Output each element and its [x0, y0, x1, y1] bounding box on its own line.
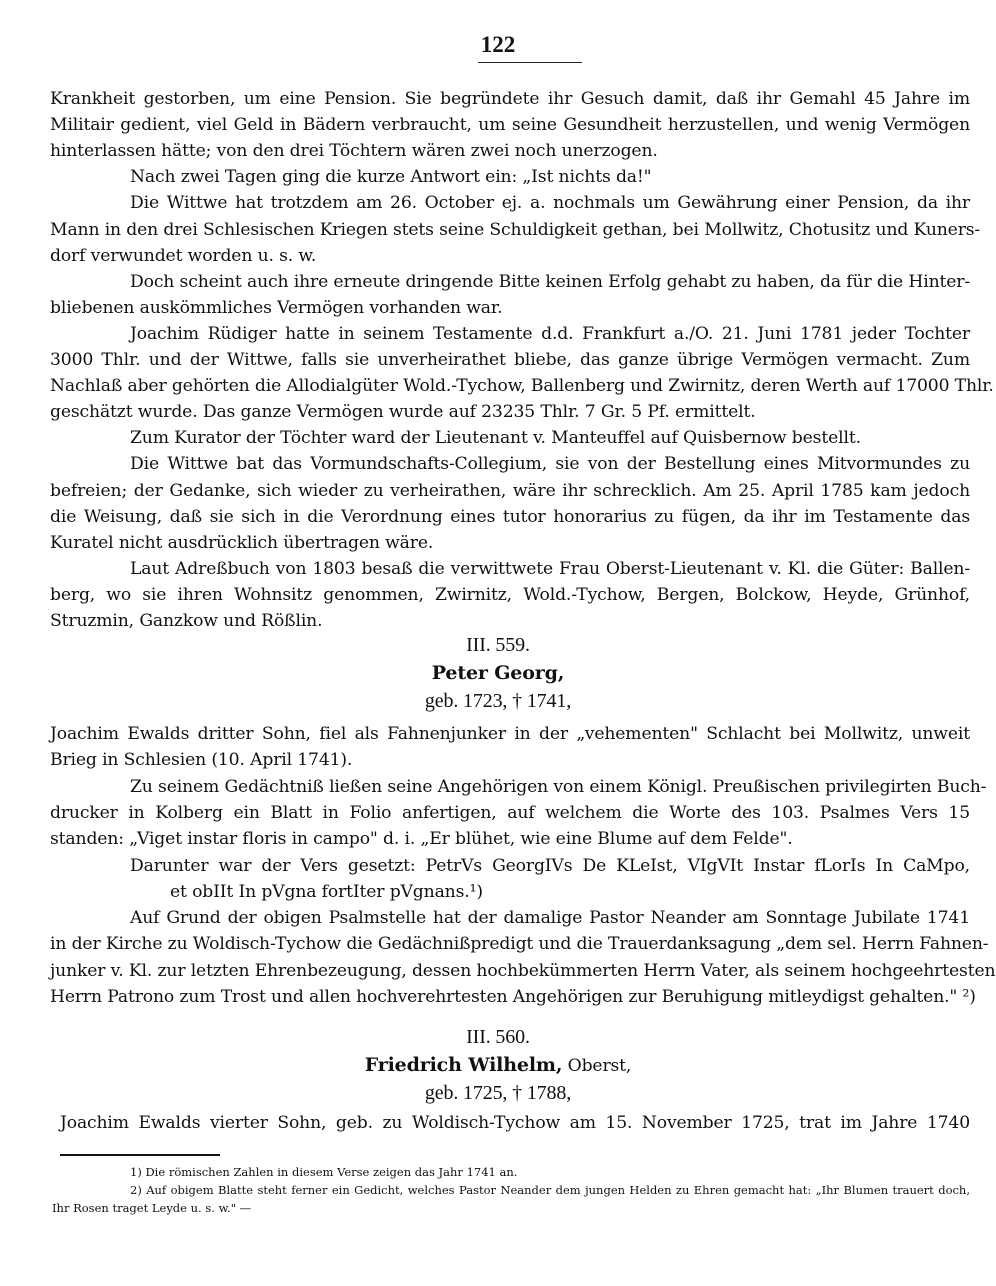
- text-line: Die Wittwe hat trotzdem am 26. October e…: [130, 190, 970, 216]
- text-line: Doch scheint auch ihre erneute dringende…: [130, 269, 970, 295]
- text-line: die Weisung, daß sie sich in die Verordn…: [50, 504, 970, 530]
- text-line: Nachlaß aber gehörten die Allodialgüter …: [50, 373, 970, 399]
- text-line: Mann in den drei Schlesischen Kriegen st…: [50, 217, 970, 243]
- footnote-2: 2) Auf obigem Blatte steht ferner ein Ge…: [130, 1181, 970, 1199]
- section-560-dates: geb. 1725, † 1788,: [0, 1080, 996, 1106]
- text-line: Auf Grund der obigen Psalmstelle hat der…: [130, 905, 970, 931]
- footnote-rule: [60, 1154, 220, 1156]
- text-line: et obIIt In pVgna fortIter pVgnans.¹): [170, 879, 970, 905]
- page-number-rule: [478, 62, 582, 63]
- text-line: berg, wo sie ihren Wohnsitz genommen, Zw…: [50, 582, 970, 608]
- section-559-dates: geb. 1723, † 1741,: [0, 688, 996, 714]
- section-559-name: Peter Georg,: [0, 660, 996, 686]
- section-560-number: III. 560.: [0, 1024, 996, 1050]
- text-line: drucker in Kolberg ein Blatt in Folio an…: [50, 800, 970, 826]
- text-line: junker v. Kl. zur letzten Ehrenbezeugung…: [50, 958, 970, 984]
- text-line: standen: „Viget instar floris in campo" …: [50, 826, 970, 852]
- document-page: 122 Krankheit gestorben, um eine Pension…: [0, 0, 996, 1286]
- section-559-number: III. 559.: [0, 632, 996, 658]
- text-line: Krankheit gestorben, um eine Pension. Si…: [50, 86, 970, 112]
- section-560-name: Friedrich Wilhelm,: [365, 1054, 563, 1076]
- text-line: Nach zwei Tagen ging die kurze Antwort e…: [130, 164, 970, 190]
- text-line: Laut Adreßbuch von 1803 besaß die verwit…: [130, 556, 970, 582]
- page-number: 122: [0, 32, 996, 58]
- text-line: Kuratel nicht ausdrücklich übertragen wä…: [50, 530, 970, 556]
- text-line: dorf verwundet worden u. s. w.: [50, 243, 970, 269]
- text-line: Zum Kurator der Töchter ward der Lieuten…: [130, 425, 970, 451]
- text-line: bliebenen auskömmliches Vermögen vorhand…: [50, 295, 970, 321]
- text-line: hinterlassen hätte; von den drei Töchter…: [50, 138, 970, 164]
- text-line: Joachim Rüdiger hatte in seinem Testamen…: [130, 321, 970, 347]
- text-line: Herrn Patrono zum Trost und allen hochve…: [50, 984, 970, 1010]
- section-560-title: Friedrich Wilhelm, Oberst,: [0, 1052, 996, 1079]
- text-line: Joachim Ewalds dritter Sohn, fiel als Fa…: [50, 721, 970, 747]
- text-line: Militair gedient, viel Geld in Bädern ve…: [50, 112, 970, 138]
- text-line: Zu seinem Gedächtniß ließen seine Angehö…: [130, 774, 970, 800]
- text-line: Joachim Ewalds vierter Sohn, geb. zu Wol…: [60, 1110, 970, 1136]
- text-line: Darunter war der Vers gesetzt: PetrVs Ge…: [130, 853, 970, 879]
- text-line: Struzmin, Ganzkow und Rößlin.: [50, 608, 970, 634]
- text-line: Brieg in Schlesien (10. April 1741).: [50, 747, 970, 773]
- text-line: 3000 Thlr. und der Wittwe, falls sie unv…: [50, 347, 970, 373]
- text-line: geschätzt wurde. Das ganze Vermögen wurd…: [50, 399, 970, 425]
- footnote-2-continuation: Ihr Rosen traget Leyde u. s. w." —: [52, 1199, 251, 1217]
- footnote-1: 1) Die römischen Zahlen in diesem Verse …: [130, 1163, 517, 1181]
- text-line: Die Wittwe bat das Vormundschafts-Colleg…: [130, 451, 970, 477]
- text-line: in der Kirche zu Woldisch-Tychow die Ged…: [50, 931, 970, 957]
- text-line: befreien; der Gedanke, sich wieder zu ve…: [50, 478, 970, 504]
- section-560-rank: Oberst,: [562, 1056, 631, 1076]
